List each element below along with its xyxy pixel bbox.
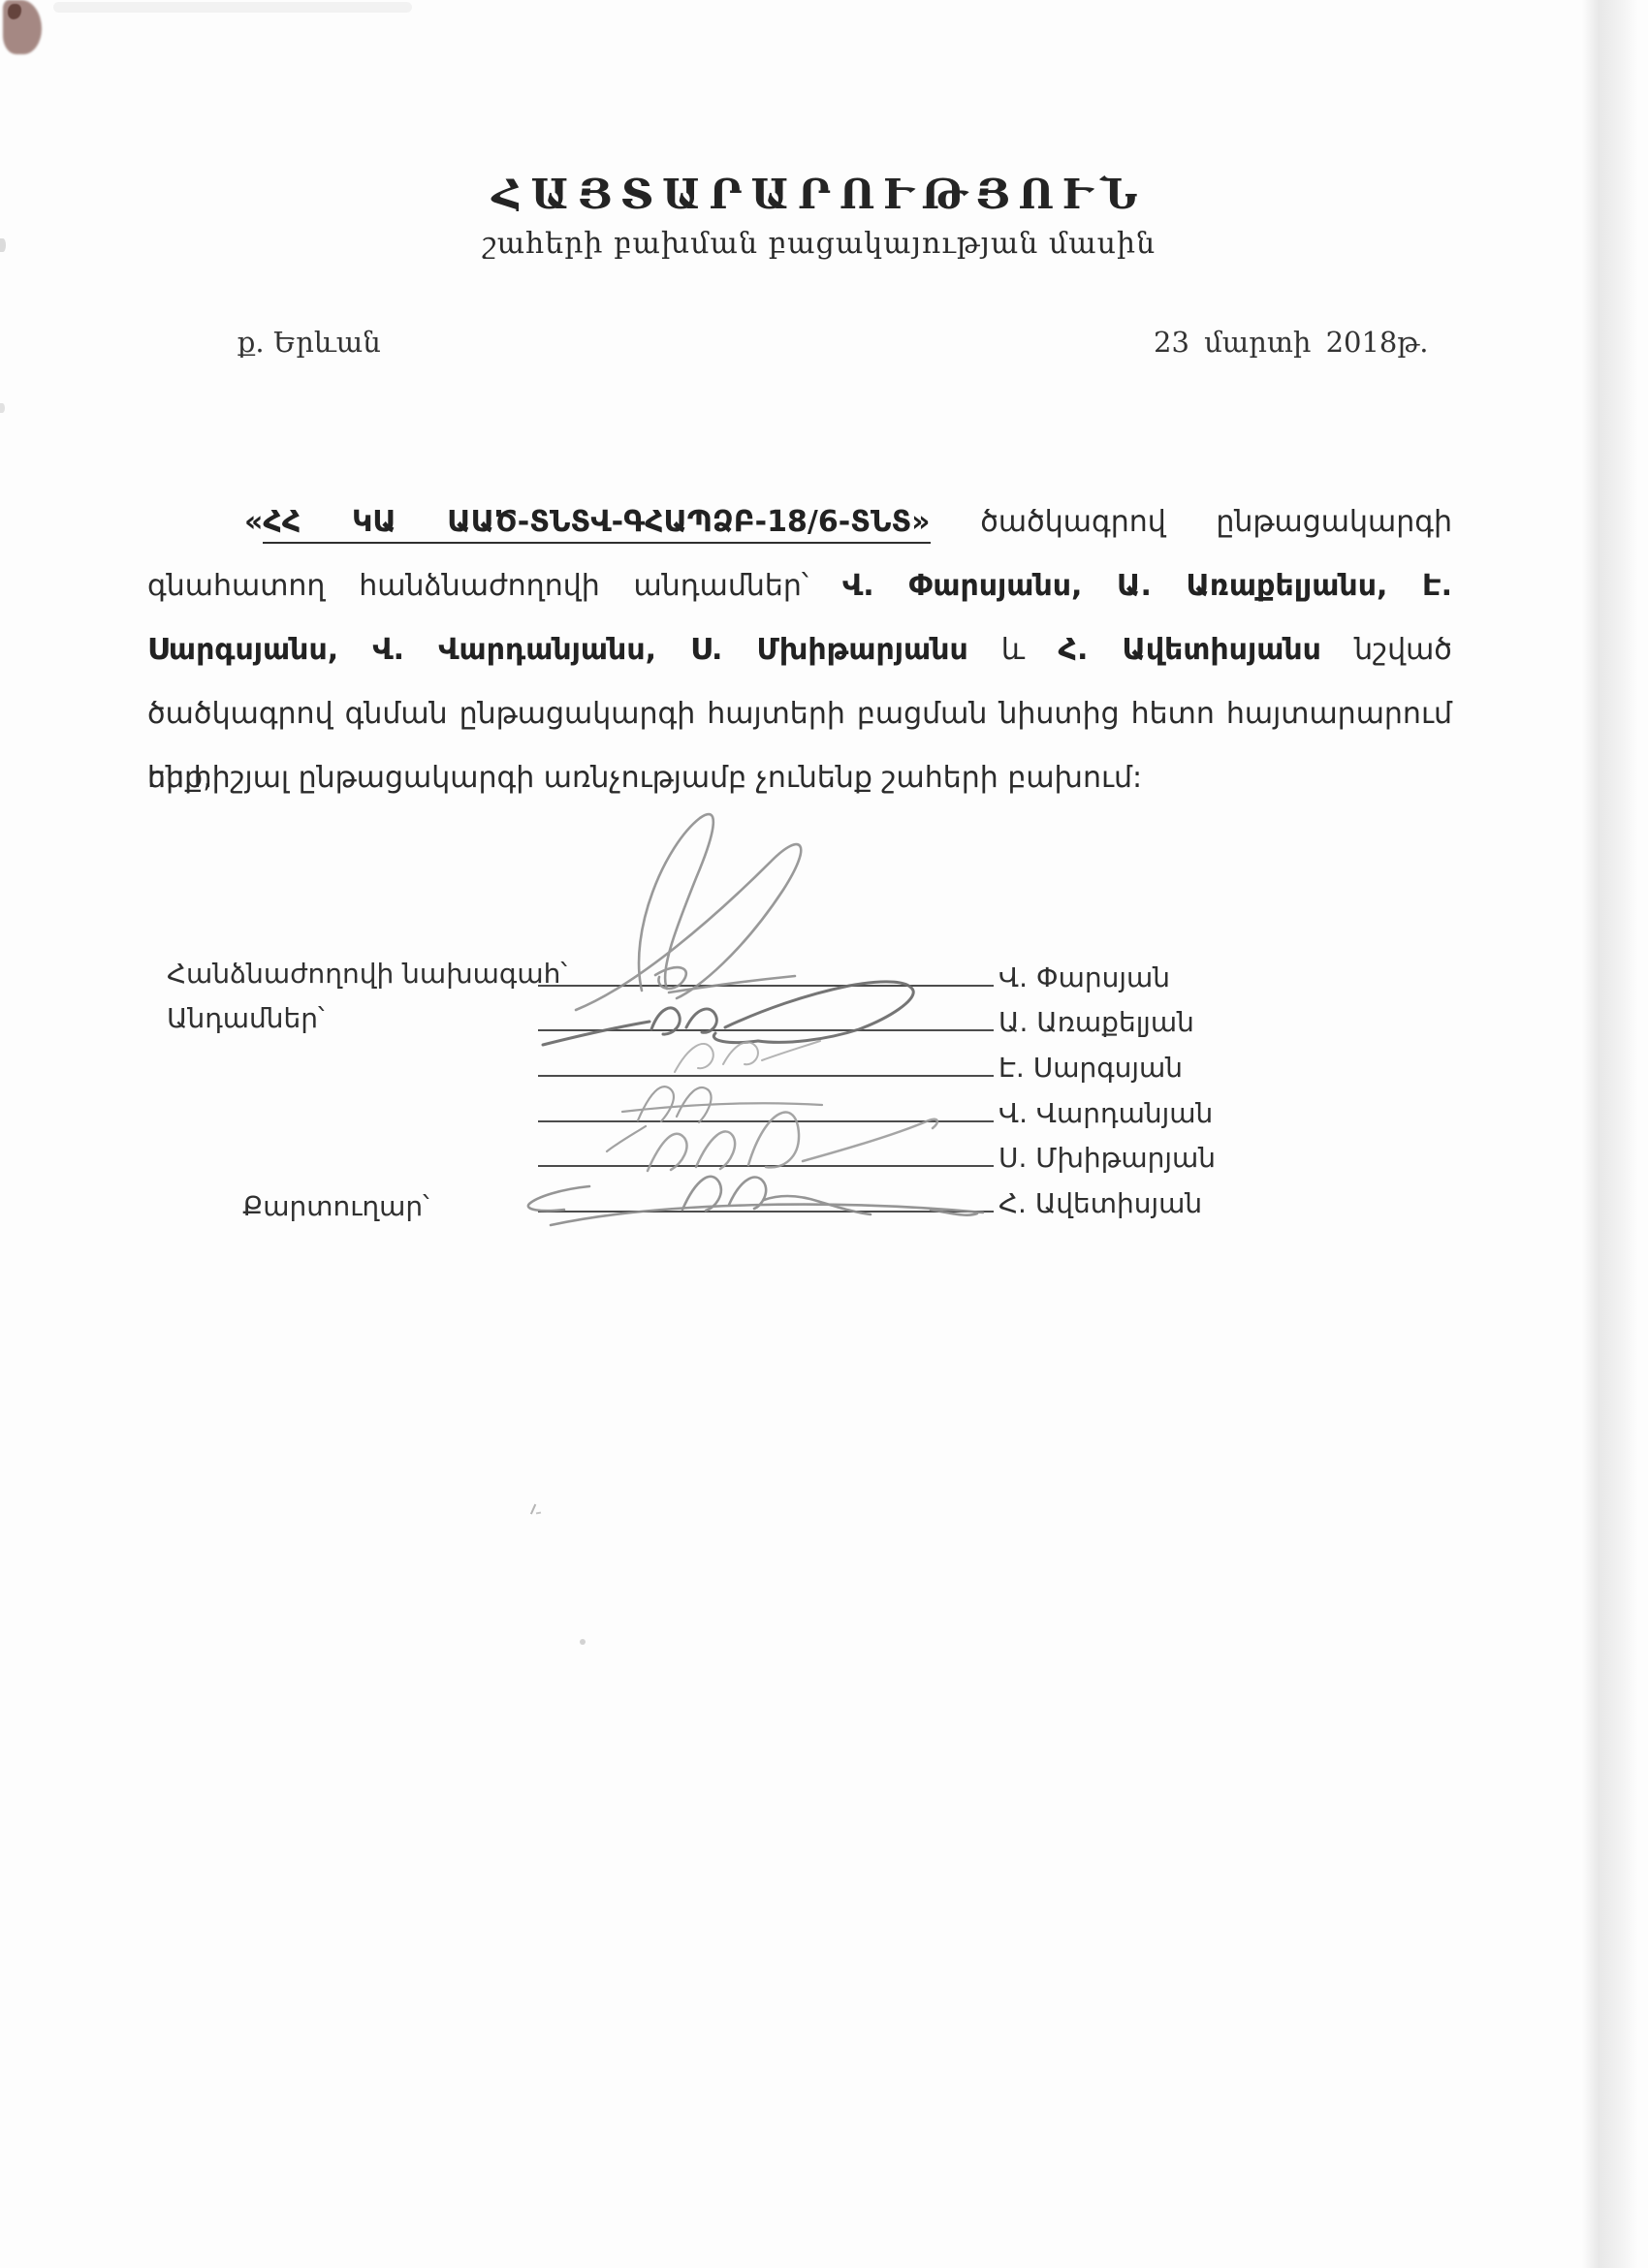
members-label: Անդամներ՝: [167, 1002, 325, 1034]
signature-arakelyan: [543, 982, 913, 1045]
paragraph-text: նշված: [1354, 633, 1452, 667]
paragraph-text: ծածկագրով ընթացակարգի: [980, 505, 1452, 539]
paragraph-line: Սարգսյանս, Վ. Վարդանյանս, Ս. Մխիթարյանս …: [147, 618, 1452, 682]
scan-artifact-speck: [0, 403, 5, 413]
scan-artifact-speck: [536, 1512, 541, 1515]
handwritten-signatures: [475, 785, 1037, 1260]
date-label: 23 մարտի 2018թ.: [1154, 326, 1429, 359]
member-names-bold: Սարգսյանս, Վ. Վարդանյանս, Ս. Մխիթարյանս: [147, 633, 968, 667]
scan-artifact-speck: [580, 1639, 586, 1645]
signature-mkhitaryan: [648, 1113, 937, 1171]
scan-artifact-right-shadow: [1582, 0, 1638, 2268]
document-subtitle: շահերի բախման բացակայության մասին: [0, 227, 1638, 261]
secretary-label: Քարտուղար՝: [242, 1190, 429, 1222]
declaration-paragraph: «ՀՀ ԿԱ ԱԱԾ-ՏՆՏՎ-ԳՀԱՊՁԲ-18/6-ՏՆՏ» ծածկագր…: [147, 490, 1452, 810]
document-header: ՀԱՅՏԱՐԱՐՈՒԹՅՈՒՆ շահերի բախման բացակայութ…: [0, 171, 1648, 261]
paragraph-line: գնահատող հանձնաժողովի անդամներ՝ Վ. Փարսյ…: [147, 554, 1452, 618]
document-title: ՀԱՅՏԱՐԱՐՈՒԹՅՈՒՆ: [0, 171, 1638, 218]
member-names-bold: Հ. Ավետիսյանս: [1058, 633, 1320, 667]
place-label: ք. Երևան: [238, 326, 381, 359]
open-quote: «: [244, 505, 263, 539]
paragraph-text: գնահատող հանձնաժողովի անդամներ՝: [147, 569, 808, 603]
signature-avetisyan: [528, 1177, 983, 1225]
member-names-bold: Վ. Փարսյանս, Ա. Առաքելյանս, Է.: [842, 569, 1452, 603]
paragraph-line: ծածկագրով գնման ընթացակարգի հայտերի բացմ…: [147, 682, 1452, 746]
signature-sargsyan: [675, 1041, 820, 1072]
signature-parsyan: [576, 814, 801, 1010]
paragraph-text: և: [1001, 633, 1025, 667]
procurement-code: ՀՀ ԿԱ ԱԱԾ-ՏՆՏՎ-ԳՀԱՊՁԲ-18/6-ՏՆՏ»: [263, 505, 930, 544]
scan-artifact-top-smudge: [53, 2, 412, 13]
signature-vardanyan: [607, 1087, 822, 1151]
paragraph-line: «ՀՀ ԿԱ ԱԱԾ-ՏՆՏՎ-ԳՀԱՊՁԲ-18/6-ՏՆՏ» ծածկագր…: [147, 490, 1452, 554]
scanned-document-page: ՀԱՅՏԱՐԱՐՈՒԹՅՈՒՆ շահերի բախման բացակայութ…: [0, 0, 1648, 2268]
